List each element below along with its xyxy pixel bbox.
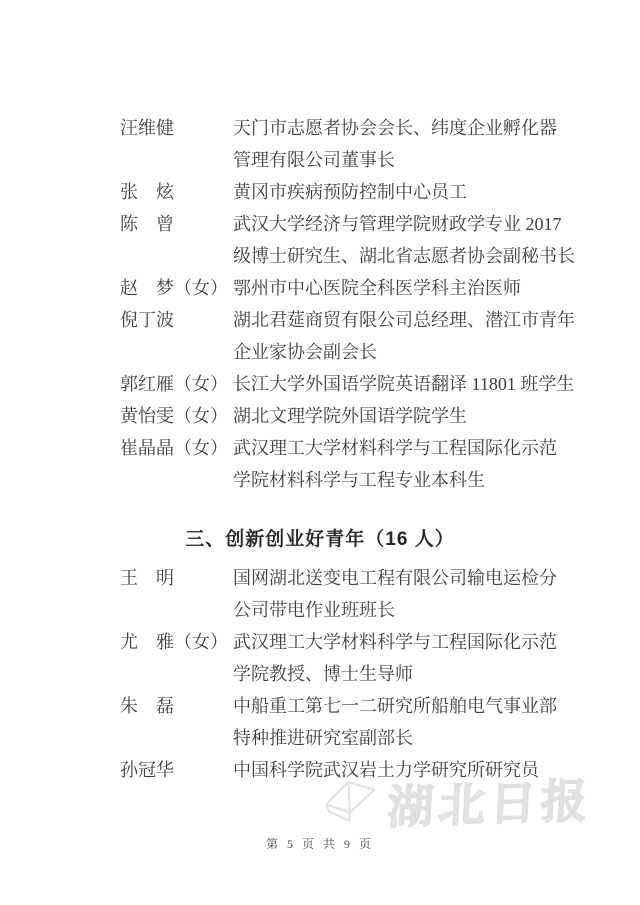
entry-name: 王 明: [120, 562, 233, 626]
entry-description-line: 企业家协会副会长: [233, 336, 640, 368]
entry-description-line: 学院教授、博士生导师: [233, 658, 640, 690]
entry-description-line: 黄冈市疾病预防控制中心员工: [233, 176, 640, 208]
entry-name: 尤 雅（女）: [120, 626, 233, 690]
entry-description: 天门市志愿者协会会长、纬度企业孵化器 管理有限公司董事长: [233, 112, 640, 176]
entry-description-line: 天门市志愿者协会会长、纬度企业孵化器: [233, 112, 640, 144]
entry-description: 中国科学院武汉岩土力学研究所研究员: [233, 754, 640, 786]
entry-description: 鄂州市中心医院全科医学科主治医师: [233, 272, 640, 304]
entry-row: 倪丁波 湖北君莚商贸有限公司总经理、潜江市青年 企业家协会副会长: [0, 304, 640, 368]
document-body: 汪维健 天门市志愿者协会会长、纬度企业孵化器 管理有限公司董事长 张 炫 黄冈市…: [0, 112, 640, 786]
entry-description-line: 中船重工第七一二研究所船舶电气事业部: [233, 690, 640, 722]
entry-row: 陈 曾 武汉大学经济与管理学院财政学专业 2017 级博士研究生、湖北省志愿者协…: [0, 208, 640, 272]
entry-description-line: 湖北君莚商贸有限公司总经理、潜江市青年: [233, 304, 640, 336]
entry-description: 武汉大学经济与管理学院财政学专业 2017 级博士研究生、湖北省志愿者协会副秘书…: [233, 208, 640, 272]
entry-name: 朱 磊: [120, 690, 233, 754]
entry-description-line: 管理有限公司董事长: [233, 144, 640, 176]
entry-description-line: 级博士研究生、湖北省志愿者协会副秘书长: [233, 240, 640, 272]
entry-description-line: 长江大学外国语学院英语翻译 11801 班学生: [233, 368, 640, 400]
entry-row: 郭红雁（女） 长江大学外国语学院英语翻译 11801 班学生: [0, 368, 640, 400]
entry-row: 孙冠华 中国科学院武汉岩土力学研究所研究员: [0, 754, 640, 786]
section-heading: 三、创新创业好青年（16 人）: [0, 524, 640, 556]
entry-description: 湖北文理学院外国语学院学生: [233, 400, 640, 432]
entry-description-line: 湖北文理学院外国语学院学生: [233, 400, 640, 432]
entry-description: 长江大学外国语学院英语翻译 11801 班学生: [233, 368, 640, 400]
entry-name: 黄怡雯（女）: [120, 400, 233, 432]
entry-row: 汪维健 天门市志愿者协会会长、纬度企业孵化器 管理有限公司董事长: [0, 112, 640, 176]
entry-description-line: 武汉理工大学材料科学与工程国际化示范: [233, 432, 640, 464]
entry-description: 中船重工第七一二研究所船舶电气事业部 特种推进研究室副部长: [233, 690, 640, 754]
entry-name: 赵 梦（女）: [120, 272, 233, 304]
entry-row: 赵 梦（女） 鄂州市中心医院全科医学科主治医师: [0, 272, 640, 304]
entry-name: 郭红雁（女）: [120, 368, 233, 400]
entry-row: 朱 磊 中船重工第七一二研究所船舶电气事业部 特种推进研究室副部长: [0, 690, 640, 754]
entry-name: 崔晶晶（女）: [120, 432, 233, 496]
entry-description: 武汉理工大学材料科学与工程国际化示范 学院教授、博士生导师: [233, 626, 640, 690]
entry-name: 孙冠华: [120, 754, 233, 786]
entry-description-line: 国网湖北送变电工程有限公司输电运检分: [233, 562, 640, 594]
entry-description-line: 学院材料科学与工程专业本科生: [233, 464, 640, 496]
entry-description: 湖北君莚商贸有限公司总经理、潜江市青年 企业家协会副会长: [233, 304, 640, 368]
entry-row: 张 炫 黄冈市疾病预防控制中心员工: [0, 176, 640, 208]
entry-description: 武汉理工大学材料科学与工程国际化示范 学院材料科学与工程专业本科生: [233, 432, 640, 496]
entry-description-line: 鄂州市中心医院全科医学科主治医师: [233, 272, 640, 304]
entry-description-line: 中国科学院武汉岩土力学研究所研究员: [233, 754, 640, 786]
entry-row: 尤 雅（女） 武汉理工大学材料科学与工程国际化示范 学院教授、博士生导师: [0, 626, 640, 690]
entry-description-line: 武汉理工大学材料科学与工程国际化示范: [233, 626, 640, 658]
entry-description-line: 特种推进研究室副部长: [233, 722, 640, 754]
entry-name: 汪维健: [120, 112, 233, 176]
entry-name: 张 炫: [120, 176, 233, 208]
entry-row: 黄怡雯（女） 湖北文理学院外国语学院学生: [0, 400, 640, 432]
entry-description-line: 武汉大学经济与管理学院财政学专业 2017: [233, 208, 640, 240]
entry-description-line: 公司带电作业班班长: [233, 594, 640, 626]
entry-row: 王 明 国网湖北送变电工程有限公司输电运检分 公司带电作业班班长: [0, 562, 640, 626]
entry-name: 陈 曾: [120, 208, 233, 272]
document-page: 湖北日报 汪维健 天门市志愿者协会会长、纬度企业孵化器 管理有限公司董事长 张 …: [0, 0, 640, 905]
entry-description: 黄冈市疾病预防控制中心员工: [233, 176, 640, 208]
page-number-footer: 第 5 页 共 9 页: [0, 835, 640, 852]
entry-row: 崔晶晶（女） 武汉理工大学材料科学与工程国际化示范 学院材料科学与工程专业本科生: [0, 432, 640, 496]
entry-description: 国网湖北送变电工程有限公司输电运检分 公司带电作业班班长: [233, 562, 640, 626]
entry-name: 倪丁波: [120, 304, 233, 368]
